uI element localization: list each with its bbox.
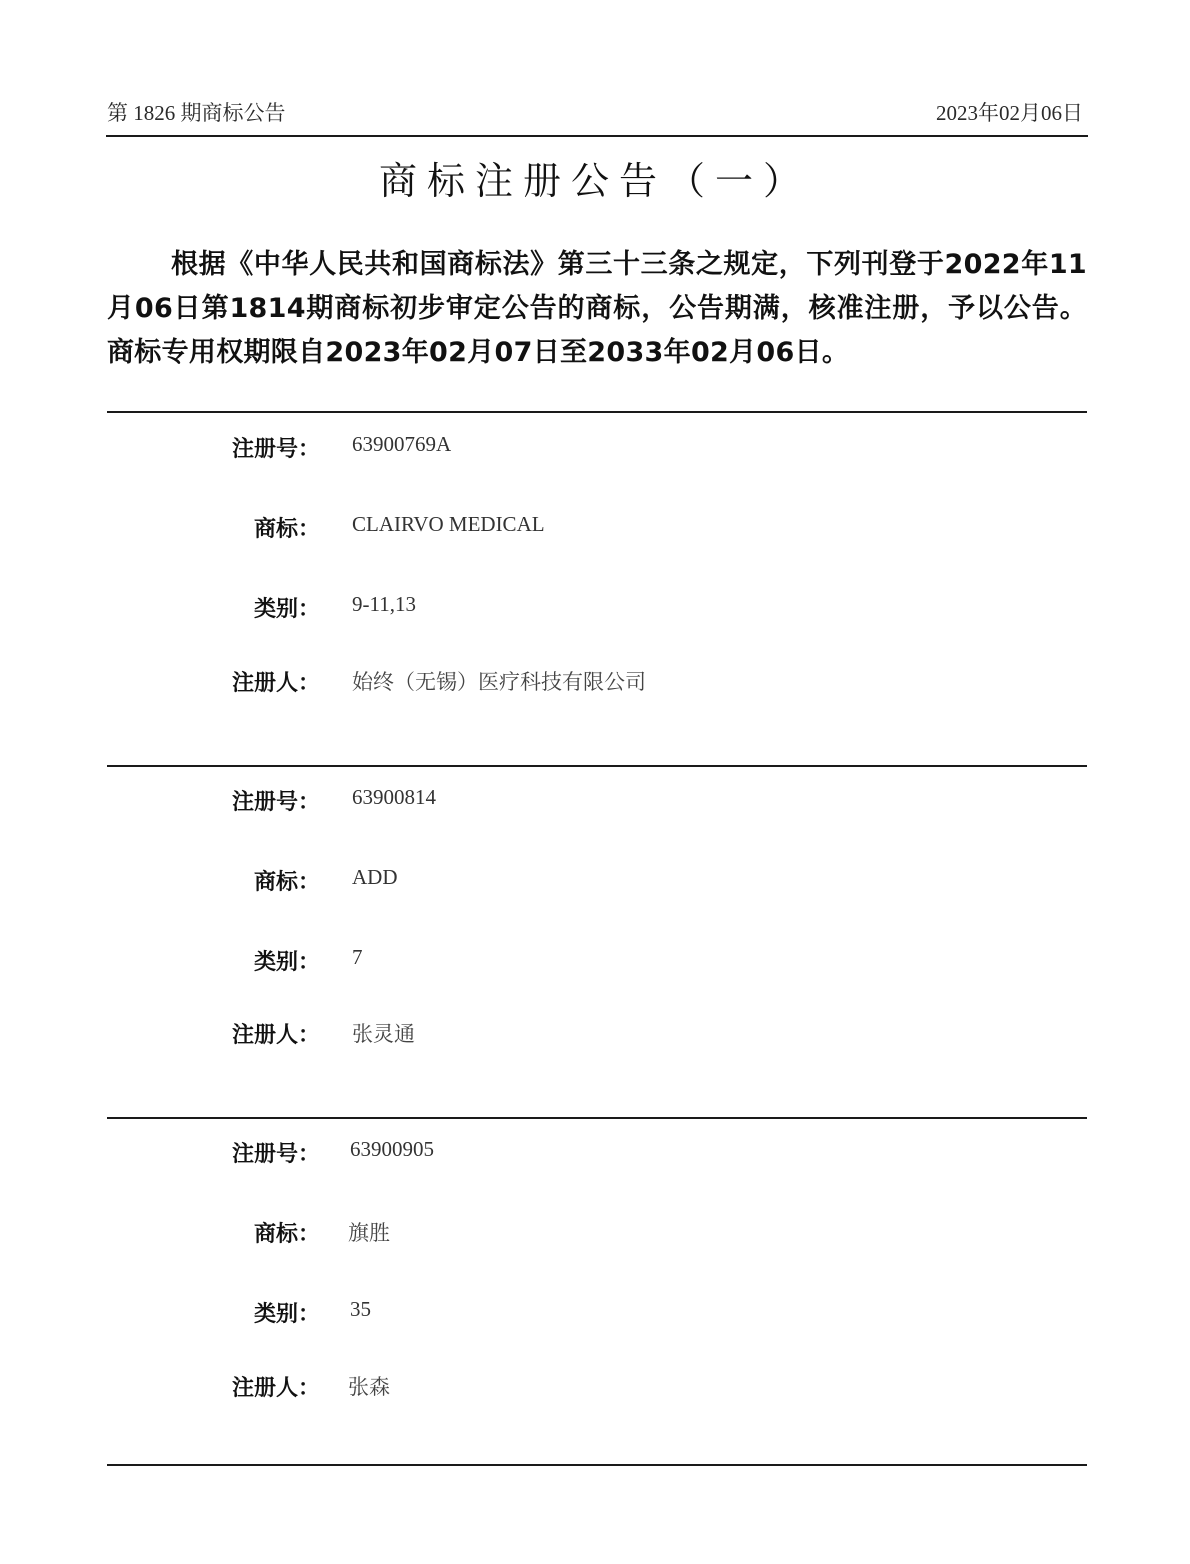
registrant-row: 注册人： 始终（无锡）医疗科技有限公司 (0, 666, 1190, 696)
record-divider (107, 765, 1087, 767)
mark-value: ADD (352, 865, 398, 890)
mark-row: 商标： ADD (0, 865, 1190, 895)
header-divider (106, 135, 1088, 137)
record-divider (107, 1117, 1087, 1119)
reg-no-value: 63900769A (352, 432, 451, 457)
reg-no-value: 63900814 (352, 785, 436, 810)
registrant-value: 始终（无锡）医疗科技有限公司 (352, 666, 646, 696)
reg-no-label: 注册号： (232, 1137, 320, 1168)
class-label: 类别： (254, 945, 320, 976)
mark-value: 旗胜 (348, 1217, 390, 1247)
page-title: 商标注册公告（一） (0, 150, 1190, 205)
registrant-label: 注册人： (232, 666, 320, 697)
reg-no-label: 注册号： (232, 432, 320, 463)
class-label: 类别： (254, 592, 320, 623)
reg-no-label: 注册号： (232, 785, 320, 816)
mark-label: 商标： (254, 512, 320, 543)
registrant-value: 张灵通 (352, 1018, 415, 1048)
mark-label: 商标： (254, 1217, 320, 1248)
registrant-row: 注册人： 张森 (0, 1371, 1190, 1401)
intro-paragraph: 根据《中华人民共和国商标法》第三十三条之规定，下列刊登于2022年11月06日第… (107, 243, 1087, 375)
class-label: 类别： (254, 1297, 320, 1328)
registrant-label: 注册人： (232, 1018, 320, 1049)
reg-no-row: 注册号： 63900814 (0, 785, 1190, 815)
registrant-value: 张森 (348, 1371, 390, 1401)
footer-divider (107, 1464, 1087, 1466)
class-value: 9-11,13 (352, 592, 416, 617)
registrant-label: 注册人： (232, 1371, 320, 1402)
class-value: 7 (352, 945, 363, 970)
mark-row: 商标： CLAIRVO MEDICAL (0, 512, 1190, 542)
class-row: 类别： 35 (0, 1297, 1190, 1327)
mark-value: CLAIRVO MEDICAL (352, 512, 545, 537)
class-value: 35 (350, 1297, 371, 1322)
reg-no-row: 注册号： 63900905 (0, 1137, 1190, 1167)
record-divider (107, 411, 1087, 413)
mark-row: 商标： 旗胜 (0, 1217, 1190, 1247)
class-row: 类别： 7 (0, 945, 1190, 975)
registrant-row: 注册人： 张灵通 (0, 1018, 1190, 1048)
mark-label: 商标： (254, 865, 320, 896)
reg-no-row: 注册号： 63900769A (0, 432, 1190, 462)
publication-date: 2023年02月06日 (936, 97, 1083, 127)
issue-number: 第 1826 期商标公告 (107, 97, 286, 127)
class-row: 类别： 9-11,13 (0, 592, 1190, 622)
reg-no-value: 63900905 (350, 1137, 434, 1162)
